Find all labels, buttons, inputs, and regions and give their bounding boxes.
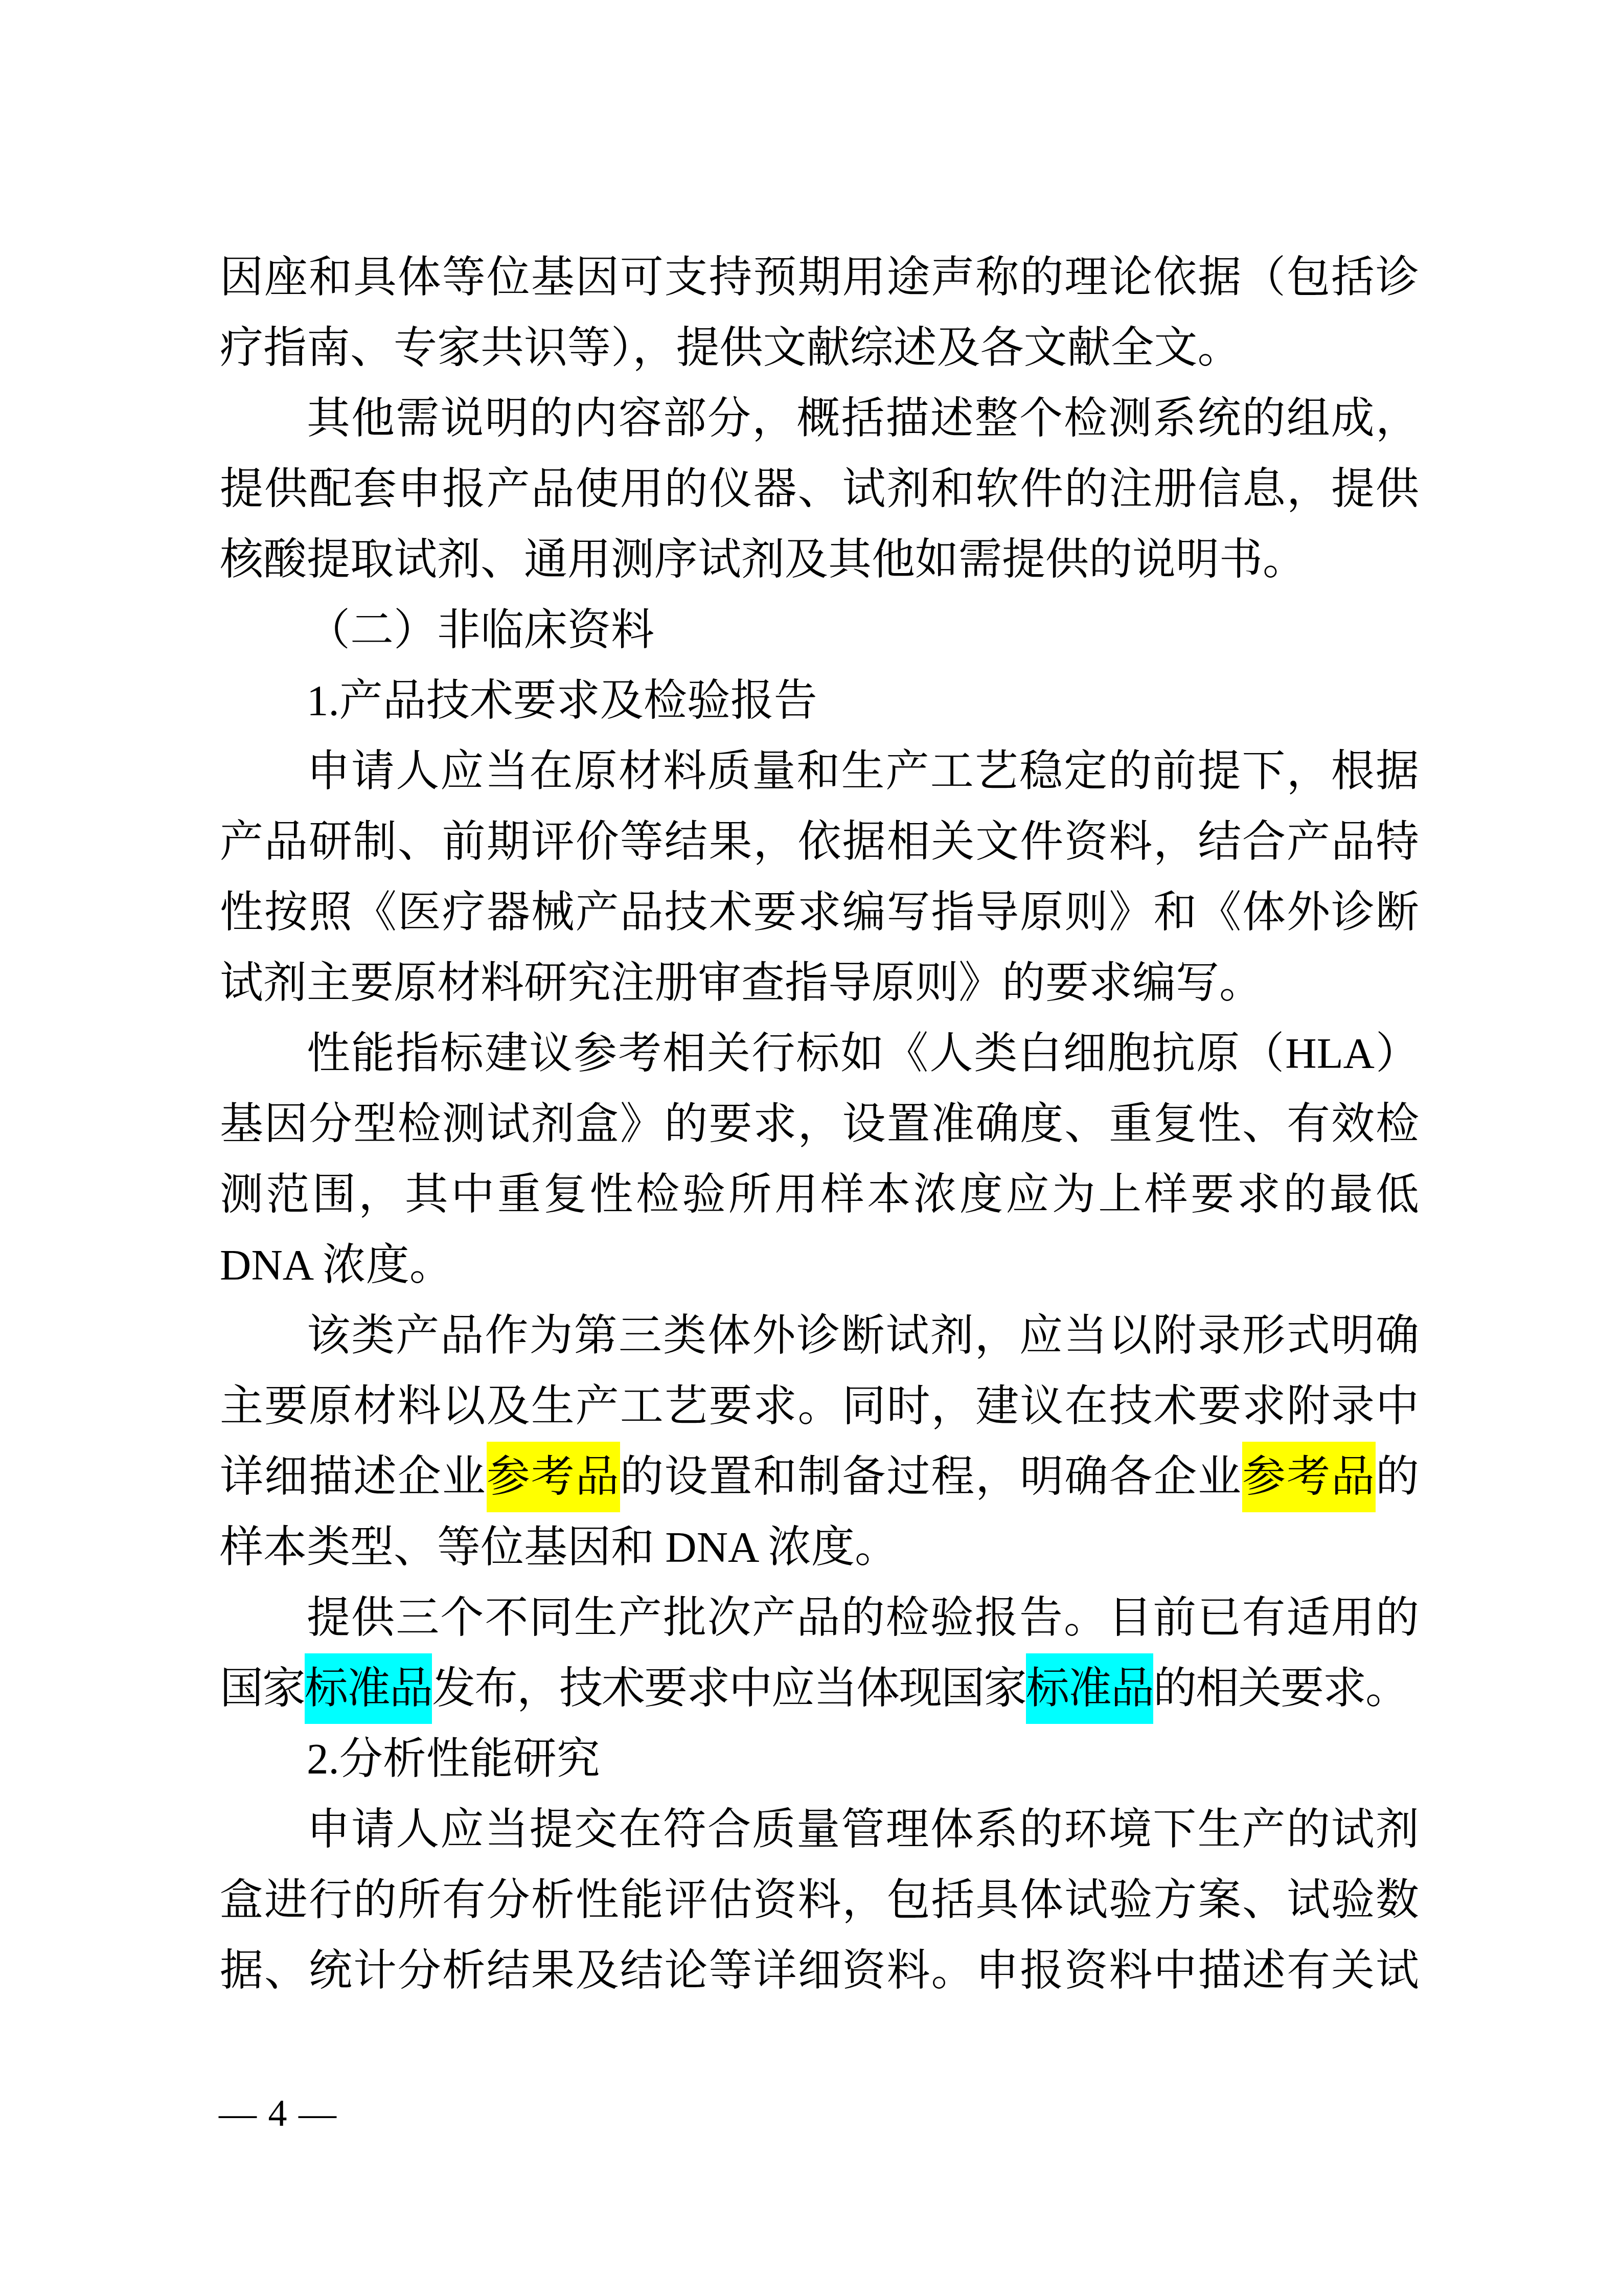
text-line: 测范围，其中重复性检验所用样本浓度应为上样要求的最低 (220, 1160, 1419, 1230)
text-run: 因座和具体等位基因可支持预期用途声称的理论依据（包括诊 (220, 254, 1419, 302)
text-line: 疗指南、专家共识等），提供文献综述及各文献全文。 (220, 313, 1419, 383)
text-line: 性按照《医疗器械产品技术要求编写指导原则》和《体外诊断 (220, 877, 1419, 948)
text-run: 的相关要求。 (1153, 1665, 1408, 1713)
text-run: 基因分型检测试剂盒》的要求，设置准确度、重复性、有效检 (220, 1100, 1419, 1148)
text-line: 性能指标建议参考相关行标如《人类白细胞抗原（HLA） (220, 1018, 1419, 1089)
text-run: 申请人应当在原材料质量和生产工艺稳定的前提下，根据 (307, 747, 1419, 795)
text-run: DNA 浓度。 (220, 1241, 453, 1289)
heading-text: 1.产品技术要求及检验报告 (307, 677, 817, 725)
text-run: 该类产品作为第三类体外诊断试剂，应当以附录形式明确 (307, 1312, 1419, 1360)
text-line: 提供三个不同生产批次产品的检验报告。目前已有适用的 (220, 1583, 1419, 1653)
text-line: 该类产品作为第三类体外诊断试剂，应当以附录形式明确 (220, 1301, 1419, 1371)
text-run: 试剂主要原材料研究注册审查指导原则》的要求编写。 (220, 959, 1263, 1007)
text-run: 详细描述企业 (220, 1453, 487, 1501)
text-line: 国家标准品发布，技术要求中应当体现国家标准品的相关要求。 (220, 1653, 1419, 1724)
text-line: 申请人应当在原材料质量和生产工艺稳定的前提下，根据 (220, 736, 1419, 807)
text-run: 主要原材料以及生产工艺要求。同时，建议在技术要求附录中 (220, 1382, 1419, 1430)
text-line: 基因分型检测试剂盒》的要求，设置准确度、重复性、有效检 (220, 1089, 1419, 1160)
text-run: 产品研制、前期评价等结果，依据相关文件资料，结合产品特 (220, 818, 1419, 866)
heading-analytical-performance: 2.分析性能研究 (220, 1724, 1419, 1794)
text-run: 国家 (220, 1665, 305, 1713)
highlighted-term-cyan: 标准品 (1026, 1653, 1153, 1724)
text-run: 提供配套申报产品使用的仪器、试剂和软件的注册信息，提供 (220, 465, 1419, 513)
text-run: 核酸提取试剂、通用测序试剂及其他如需提供的说明书。 (220, 536, 1306, 584)
text-line: 产品研制、前期评价等结果，依据相关文件资料，结合产品特 (220, 807, 1419, 877)
text-line: DNA 浓度。 (220, 1230, 1419, 1301)
document-body: 因座和具体等位基因可支持预期用途声称的理论依据（包括诊 疗指南、专家共识等），提… (220, 242, 1419, 2006)
text-run: 发布，技术要求中应当体现国家 (432, 1665, 1026, 1713)
text-line: 申请人应当提交在符合质量管理体系的环境下生产的试剂 (220, 1794, 1419, 1865)
text-run: 的设置和制备过程，明确各企业 (620, 1453, 1242, 1501)
text-run: 性能指标建议参考相关行标如《人类白细胞抗原（HLA） (307, 1030, 1419, 1078)
text-line: 主要原材料以及生产工艺要求。同时，建议在技术要求附录中 (220, 1371, 1419, 1442)
highlighted-term-yellow: 参考品 (487, 1442, 620, 1512)
section-heading-nonclinical: （二）非临床资料 (220, 595, 1419, 666)
text-run: 的 (1376, 1453, 1419, 1501)
text-run: 测范围，其中重复性检验所用样本浓度应为上样要求的最低 (220, 1171, 1419, 1219)
text-run: 其他需说明的内容部分，概括描述整个检测系统的组成， (307, 395, 1419, 443)
text-line: 核酸提取试剂、通用测序试剂及其他如需提供的说明书。 (220, 525, 1419, 595)
document-page: 因座和具体等位基因可支持预期用途声称的理论依据（包括诊 疗指南、专家共识等），提… (0, 0, 1622, 2296)
text-run: 样本类型、等位基因和 DNA 浓度。 (220, 1524, 898, 1572)
text-line: 因座和具体等位基因可支持预期用途声称的理论依据（包括诊 (220, 242, 1419, 313)
heading-product-tech-requirements: 1.产品技术要求及检验报告 (220, 666, 1419, 736)
text-line: 提供配套申报产品使用的仪器、试剂和软件的注册信息，提供 (220, 454, 1419, 525)
text-run: 据、统计分析结果及结论等详细资料。申报资料中描述有关试 (220, 1947, 1419, 1995)
text-line: 样本类型、等位基因和 DNA 浓度。 (220, 1512, 1419, 1583)
page-number: — 4 — (219, 2091, 337, 2136)
highlighted-term-yellow: 参考品 (1242, 1442, 1376, 1512)
text-line: 试剂主要原材料研究注册审查指导原则》的要求编写。 (220, 948, 1419, 1018)
text-line: 据、统计分析结果及结论等详细资料。申报资料中描述有关试 (220, 1936, 1419, 2006)
text-run: 盒进行的所有分析性能评估资料，包括具体试验方案、试验数 (220, 1876, 1419, 1924)
text-line: 详细描述企业参考品的设置和制备过程，明确各企业参考品的 (220, 1442, 1419, 1512)
text-run: 性按照《医疗器械产品技术要求编写指导原则》和《体外诊断 (220, 889, 1419, 937)
text-line: 其他需说明的内容部分，概括描述整个检测系统的组成， (220, 383, 1419, 454)
heading-text: 2.分析性能研究 (307, 1735, 600, 1783)
highlighted-term-cyan: 标准品 (305, 1653, 432, 1724)
text-line: 盒进行的所有分析性能评估资料，包括具体试验方案、试验数 (220, 1865, 1419, 1936)
heading-text: （二）非临床资料 (307, 606, 654, 654)
text-run: 提供三个不同生产批次产品的检验报告。目前已有适用的 (307, 1594, 1419, 1642)
text-run: 疗指南、专家共识等），提供文献综述及各文献全文。 (220, 324, 1241, 372)
text-run: 申请人应当提交在符合质量管理体系的环境下生产的试剂 (307, 1806, 1419, 1854)
